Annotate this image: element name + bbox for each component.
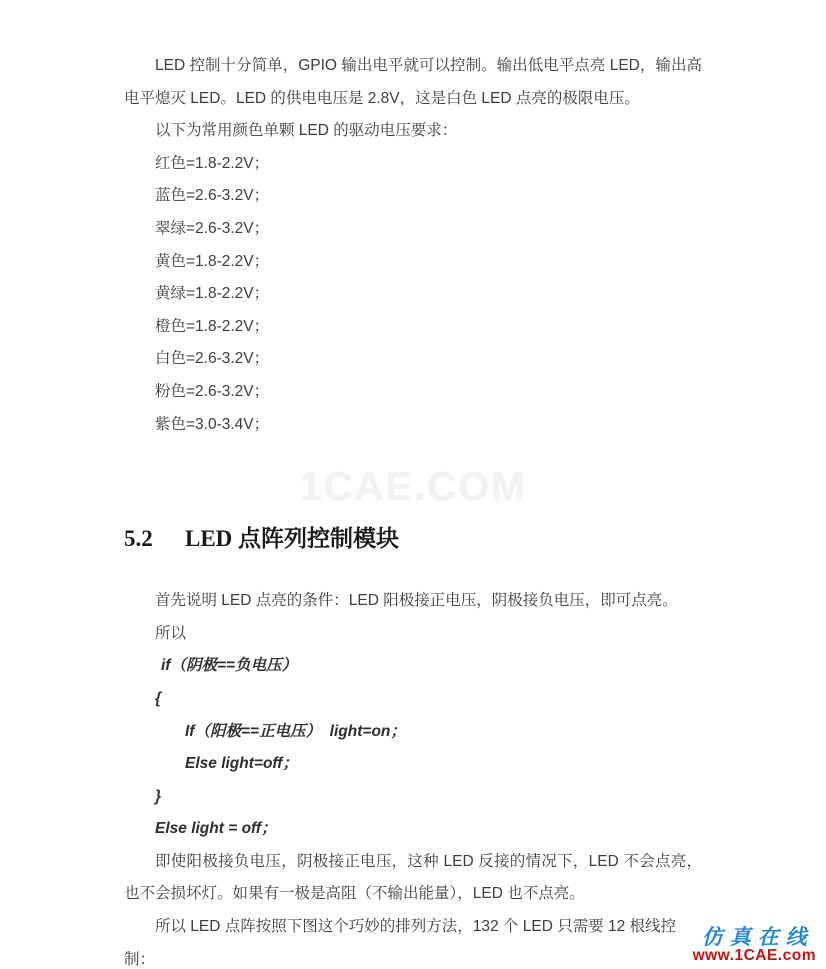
watermark-corner: 仿真在线 www.1CAE.com — [693, 926, 816, 964]
watermark-corner-chinese: 仿真在线 — [693, 926, 816, 948]
section-number: 5.2 — [124, 521, 185, 557]
paragraph-led-condition: 首先说明 LED 点亮的条件：LED 阳极接正电压，阴极接负电压，即可点亮。 — [124, 585, 702, 618]
code-line-open-brace: { — [155, 683, 702, 716]
voltage-list-item-yellow: 黄色=1.8-2.2V； — [124, 246, 702, 279]
section-title: LED 点阵列控制模块 — [185, 526, 399, 551]
voltage-list-item-blue: 蓝色=2.6-3.2V； — [124, 180, 702, 213]
code-line-if-anode: If（阳极==正电压） light=on； — [185, 716, 702, 749]
code-line-close-brace: } — [155, 781, 702, 814]
voltage-list-item-yellowgreen: 黄绿=1.8-2.2V； — [124, 278, 702, 311]
paragraph-reverse-connection: 即使阳极接负电压，阴极接正电压，这种 LED 反接的情况下，LED 不会点亮，也… — [124, 846, 702, 911]
paragraph-voltage-intro: 以下为常用颜色单颗 LED 的驱动电压要求： — [124, 115, 702, 148]
voltage-list-item-white: 白色=2.6-3.2V； — [124, 343, 702, 376]
watermark-1cae-center: 1CAE.COM — [124, 461, 702, 513]
section-heading: 5.2LED 点阵列控制模块 — [124, 521, 702, 557]
voltage-list-item-pink: 粉色=2.6-3.2V； — [124, 376, 702, 409]
voltage-list-item-red: 红色=1.8-2.2V； — [124, 148, 702, 181]
voltage-list-item-orange: 橙色=1.8-2.2V； — [124, 311, 702, 344]
paragraph-matrix-intro: 所以 LED 点阵按照下图这个巧妙的排列方法，132 个 LED 只需要 12 … — [124, 911, 702, 969]
paragraph-led-control: LED 控制十分简单，GPIO 输出电平就可以控制。输出低电平点亮 LED，输出… — [124, 50, 702, 115]
code-line-else-inner: Else light=off； — [185, 748, 702, 781]
voltage-list-item-emerald: 翠绿=2.6-3.2V； — [124, 213, 702, 246]
document-page: LED 控制十分简单，GPIO 输出电平就可以控制。输出低电平点亮 LED，输出… — [0, 0, 826, 969]
code-line-else-outer: Else light = off； — [155, 813, 702, 846]
document-content: LED 控制十分简单，GPIO 输出电平就可以控制。输出低电平点亮 LED，输出… — [124, 50, 702, 969]
watermark-corner-url: www.1CAE.com — [693, 948, 816, 964]
code-line-if-cathode: if（阴极==负电压） — [161, 650, 702, 683]
paragraph-suoyi: 所以 — [124, 618, 702, 651]
voltage-list-item-purple: 紫色=3.0-3.4V； — [124, 409, 702, 442]
